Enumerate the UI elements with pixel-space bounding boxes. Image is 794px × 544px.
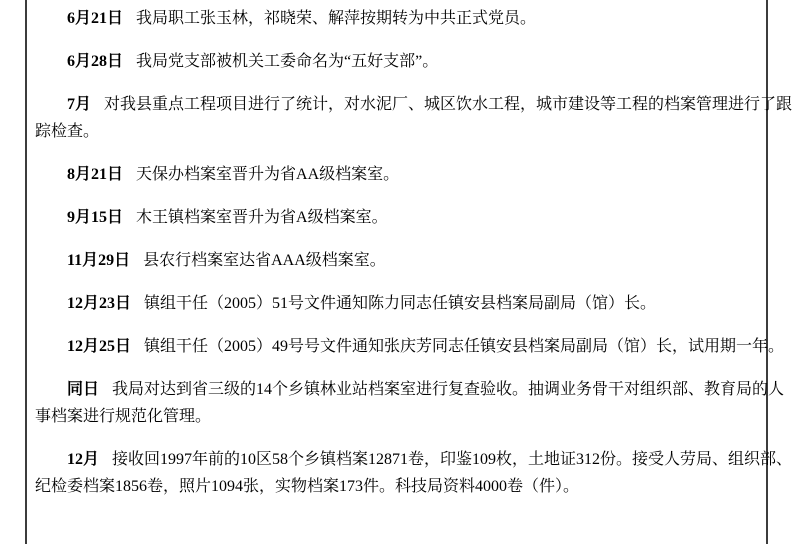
entry-date: 8月21日 xyxy=(67,166,123,183)
entry-date: 6月21日 xyxy=(67,10,123,27)
entry-text: 对我县重点工程项目进行了统计，对水泥厂、城区饮水工程，城市建设等工程的档案管理进… xyxy=(35,96,792,140)
diary-entry: 6月21日我局职工张玉林，祁晓荣、解萍按期转为中共正式党员。 xyxy=(35,5,793,32)
entry-text: 我局职工张玉林，祁晓荣、解萍按期转为中共正式党员。 xyxy=(136,10,536,27)
diary-entry: 8月21日天保办档案室晋升为省AA级档案室。 xyxy=(35,161,793,188)
diary-entry: 11月29日县农行档案室达省AAA级档案室。 xyxy=(35,247,793,274)
entry-text: 木王镇档案室晋升为省A级档案室。 xyxy=(136,209,388,226)
text-boundary-left-line xyxy=(25,0,27,544)
diary-entry: 7月对我县重点工程项目进行了统计，对水泥厂、城区饮水工程，城市建设等工程的档案管… xyxy=(35,91,793,145)
entry-date: 12月25日 xyxy=(67,338,131,355)
entry-text: 镇组干任（2005）49号号文件通知张庆芳同志任镇安县档案局副局（馆）长，试用期… xyxy=(144,338,784,355)
entry-date: 12月 xyxy=(67,451,99,468)
diary-entry: 12月23日镇组干任（2005）51号文件通知陈力同志任镇安县档案局副局（馆）长… xyxy=(35,290,793,317)
document-page: 6月21日我局职工张玉林，祁晓荣、解萍按期转为中共正式党员。6月28日我局党支部… xyxy=(0,0,794,544)
entry-date: 同日 xyxy=(67,381,99,398)
entry-text: 我局党支部被机关工委命名为“五好支部”。 xyxy=(136,53,438,70)
entry-text: 天保办档案室晋升为省AA级档案室。 xyxy=(136,166,399,183)
entry-date: 9月15日 xyxy=(67,209,123,226)
entry-text: 接收回1997年前的10区58个乡镇档案12871卷，印鉴109枚，土地证312… xyxy=(35,451,792,495)
diary-entry: 12月25日镇组干任（2005）49号号文件通知张庆芳同志任镇安县档案局副局（馆… xyxy=(35,333,793,360)
entry-date: 12月23日 xyxy=(67,295,131,312)
entry-date: 6月28日 xyxy=(67,53,123,70)
entry-text: 镇组干任（2005）51号文件通知陈力同志任镇安县档案局副局（馆）长。 xyxy=(144,295,656,312)
entry-text: 县农行档案室达省AAA级档案室。 xyxy=(143,252,386,269)
diary-entry: 同日我局对达到省三级的14个乡镇林业站档案室进行复查验收。抽调业务骨干对组织部、… xyxy=(35,376,793,430)
diary-entry: 6月28日我局党支部被机关工委命名为“五好支部”。 xyxy=(35,48,793,75)
entry-date: 7月 xyxy=(67,96,91,113)
diary-entry: 9月15日木王镇档案室晋升为省A级档案室。 xyxy=(35,204,793,231)
entry-text: 我局对达到省三级的14个乡镇林业站档案室进行复查验收。抽调业务骨干对组织部、教育… xyxy=(35,381,784,425)
entry-date: 11月29日 xyxy=(67,252,130,269)
entries-list: 6月21日我局职工张玉林，祁晓荣、解萍按期转为中共正式党员。6月28日我局党支部… xyxy=(35,5,793,516)
diary-entry: 12月接收回1997年前的10区58个乡镇档案12871卷，印鉴109枚，土地证… xyxy=(35,446,793,500)
